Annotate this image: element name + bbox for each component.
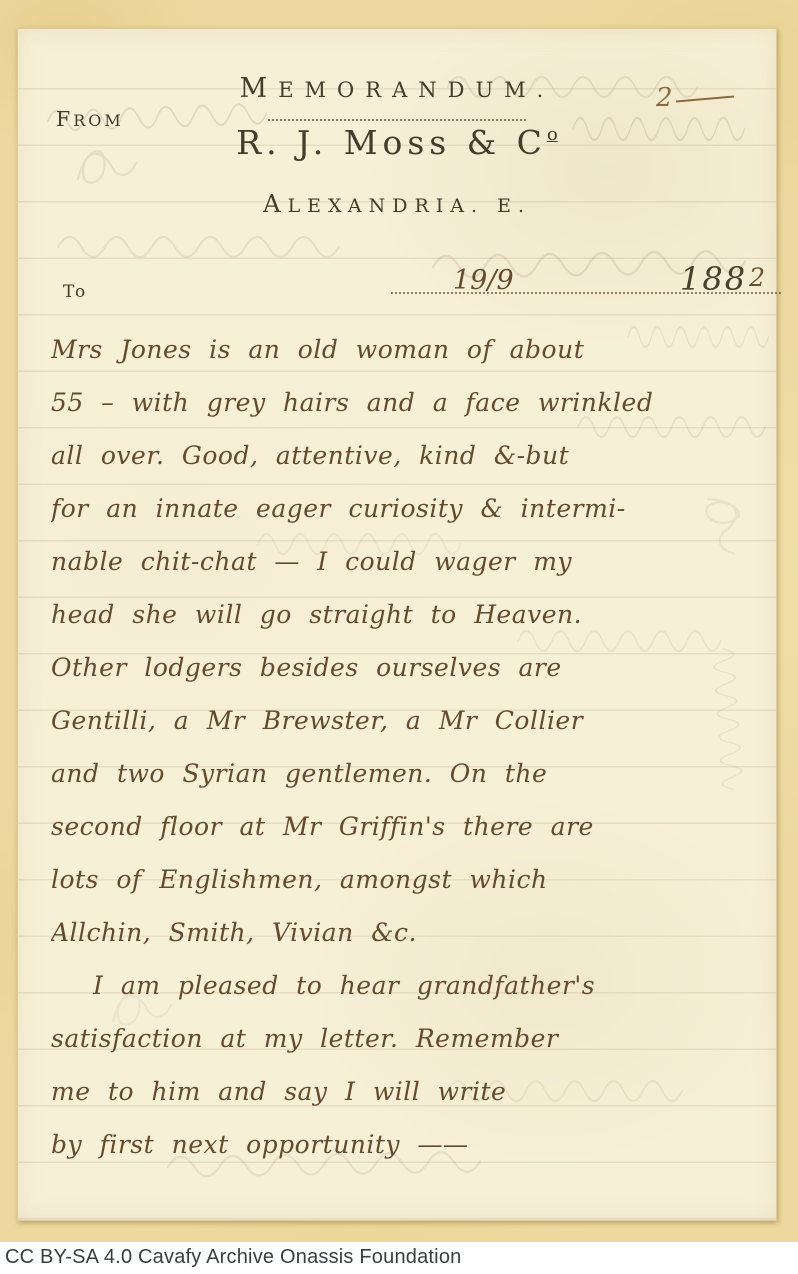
page-number-annotation: 2 bbox=[656, 83, 734, 113]
license-caption: CC BY-SA 4.0 Cavafy Archive Onassis Foun… bbox=[5, 1246, 461, 1269]
printed-year-prefix: 188 bbox=[680, 260, 747, 298]
year-group: 1882 bbox=[680, 260, 765, 298]
handwritten-line: for an innate eager curiosity & intermi- bbox=[51, 494, 768, 547]
scan-background: MEMORANDUM. FROM R. J. Moss & Co ALEXAND… bbox=[0, 0, 798, 1242]
handwritten-line: Other lodgers besides ourselves are bbox=[51, 653, 768, 706]
handwritten-line: 55 – with grey hairs and a face wrinkled bbox=[51, 388, 768, 441]
company-name-text: R. J. Moss & C bbox=[236, 123, 547, 162]
handwritten-line: lots of Englishmen, amongst which bbox=[51, 865, 768, 918]
handwritten-date: 19/9 bbox=[453, 265, 514, 296]
handwritten-year-digit: 2 bbox=[749, 263, 765, 292]
handwritten-line: nable chit-chat — I could wager my bbox=[51, 547, 768, 600]
handwritten-line: and two Syrian gentlemen. On the bbox=[51, 759, 768, 812]
handwritten-line: me to him and say I will write bbox=[51, 1077, 768, 1130]
date-line: 19/9 1882 bbox=[391, 266, 781, 294]
scanned-letter-page: MEMORANDUM. FROM R. J. Moss & Co ALEXAND… bbox=[0, 0, 798, 1274]
handwritten-line: satisfaction at my letter. Remember bbox=[51, 1024, 768, 1077]
handwritten-line: second floor at Mr Griffin's there are bbox=[51, 812, 768, 865]
company-name: R. J. Moss & Co bbox=[18, 123, 776, 162]
handwritten-line: all over. Good, attentive, kind &-but bbox=[51, 441, 768, 494]
city-line: ALEXANDRIA. E. bbox=[18, 189, 776, 218]
page-number-digit: 2 bbox=[656, 83, 673, 113]
company-sup: o bbox=[547, 124, 558, 145]
to-label: To bbox=[63, 282, 87, 302]
license-caption-bar: CC BY-SA 4.0 Cavafy Archive Onassis Foun… bbox=[0, 1242, 798, 1274]
letter-body: Mrs Jones is an old woman of about 55 – … bbox=[51, 335, 768, 1183]
handwritten-line: Allchin, Smith, Vivian &c. bbox=[51, 918, 768, 971]
pen-stroke bbox=[676, 95, 734, 102]
handwritten-line: I am pleased to hear grandfather's bbox=[51, 971, 768, 1024]
handwritten-line: by first next opportunity —— bbox=[51, 1130, 768, 1183]
letter-paper: MEMORANDUM. FROM R. J. Moss & Co ALEXAND… bbox=[17, 28, 777, 1221]
handwritten-line: Gentilli, a Mr Brewster, a Mr Collier bbox=[51, 706, 768, 759]
handwritten-line: Mrs Jones is an old woman of about bbox=[51, 335, 768, 388]
memorandum-underline bbox=[268, 119, 526, 121]
handwritten-line: head she will go straight to Heaven. bbox=[51, 600, 768, 653]
